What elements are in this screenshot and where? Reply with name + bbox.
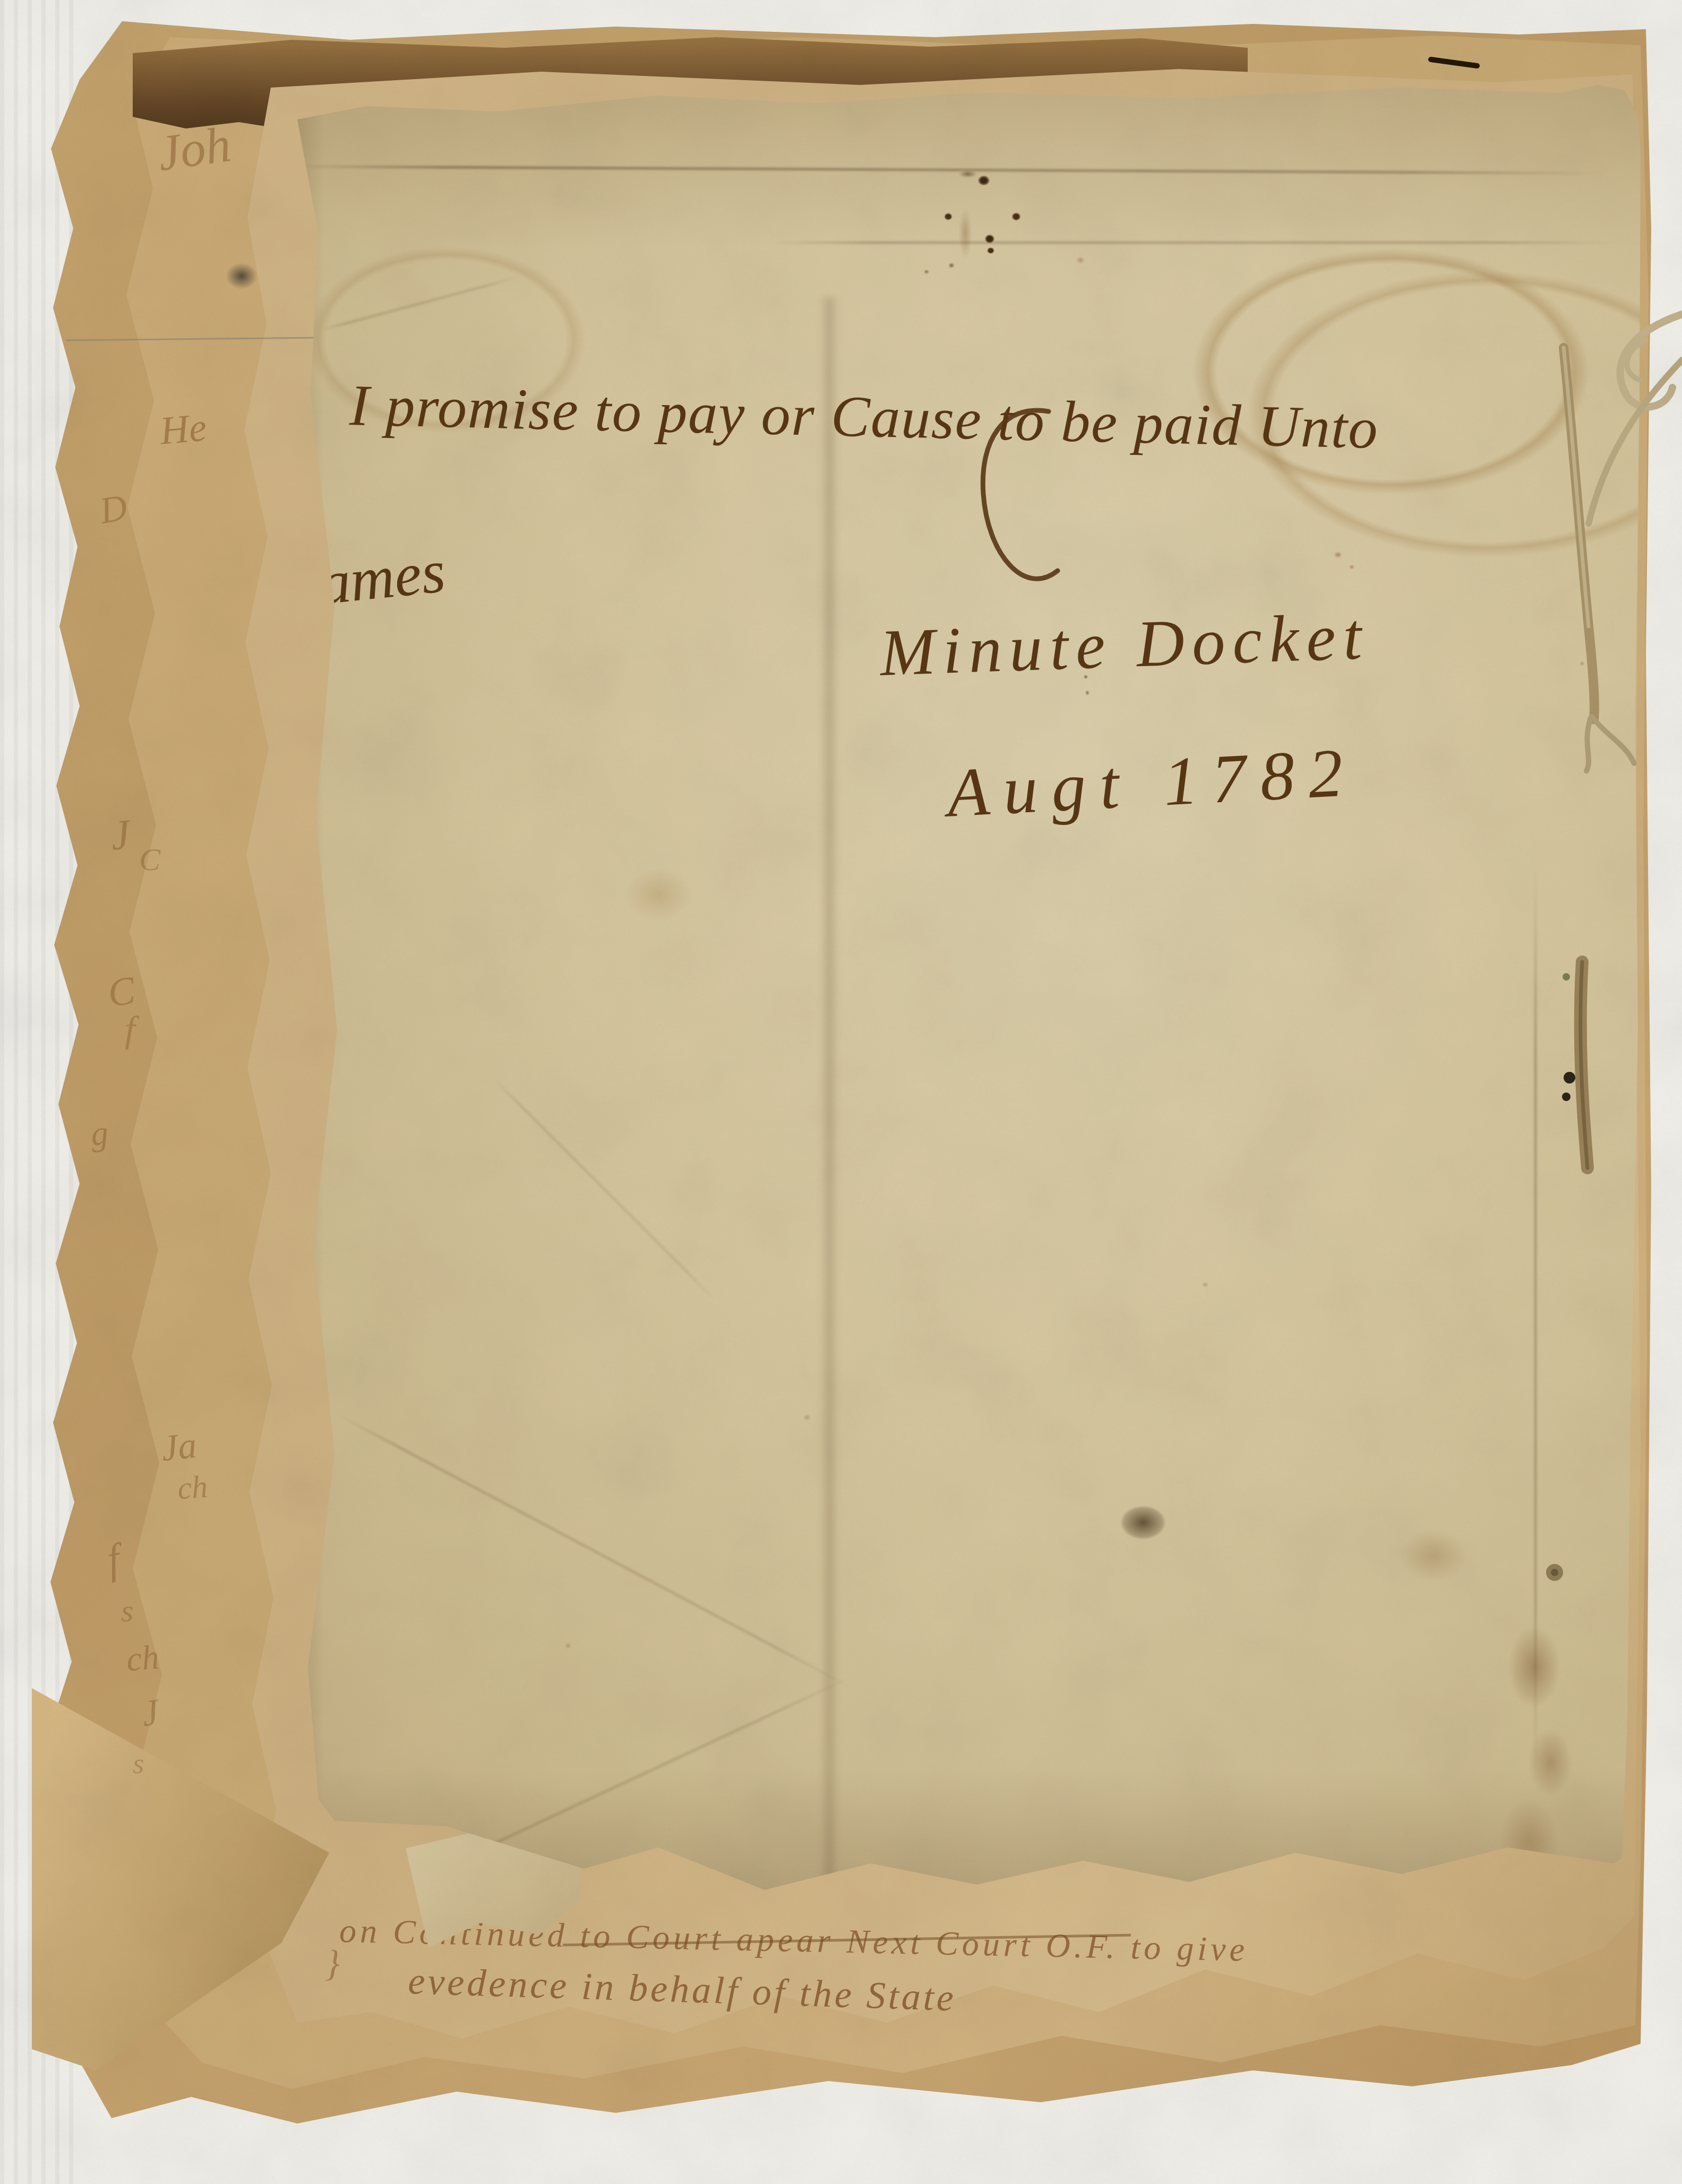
margin-fragment: J [109, 811, 132, 861]
margin-fragment: He [158, 405, 209, 454]
margin-fragment: f [125, 1009, 135, 1051]
cover-surface: I promise to pay or Cause to be paid Unt… [287, 74, 1646, 1895]
scanned-document: Joh He D J C C f g Ja ch f s ch J s } on… [0, 0, 1682, 2184]
margin-fragment: g [89, 1113, 110, 1155]
margin-fragment: s [133, 1747, 144, 1780]
margin-fragment: ch [176, 1468, 209, 1507]
ink-spatter [287, 74, 1646, 1895]
crease-line [770, 242, 1619, 244]
margin-fragment: s [121, 1593, 133, 1629]
cover-page: I promise to pay or Cause to be paid Unt… [287, 74, 1646, 1895]
dark-smudge [226, 263, 258, 289]
margin-fragment: ch [125, 1638, 161, 1680]
bottom-note-bracket: } [325, 1943, 340, 1985]
center-fold-crease [820, 297, 838, 1879]
margin-fragment: Ja [159, 1424, 199, 1470]
margin-fragment: Joh [154, 115, 234, 183]
margin-fragment: C [139, 841, 160, 878]
crease-line [1534, 871, 1537, 1773]
